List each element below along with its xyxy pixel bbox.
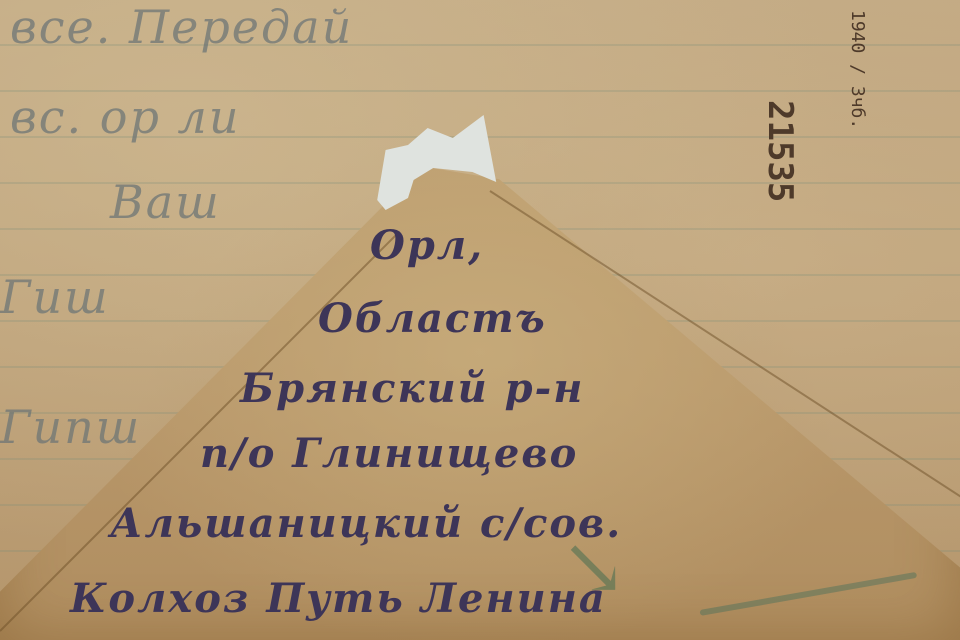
- address-line-region: Орл,: [370, 222, 484, 269]
- background-text-line: Гипш: [0, 400, 141, 454]
- background-text-line: все. Передай: [10, 0, 353, 54]
- background-text-line: Ваш: [110, 175, 221, 229]
- background-text-line: вс. ор ли: [10, 90, 240, 144]
- background-text-line: Гиш: [0, 270, 110, 324]
- address-line-village-council: Альшаницкий с/сов.: [110, 500, 622, 547]
- address-line-district: Брянский р-н: [240, 365, 584, 412]
- address-line-kolkhoz: Колхоз Путь Ленина: [70, 575, 607, 622]
- stamp-partial-text: 1940 / Зчб.: [847, 10, 868, 129]
- address-line-oblast: Областъ: [318, 295, 547, 342]
- address-line-post-office: п/о Глинищево: [200, 430, 578, 477]
- stamp-number: 21535: [760, 100, 800, 202]
